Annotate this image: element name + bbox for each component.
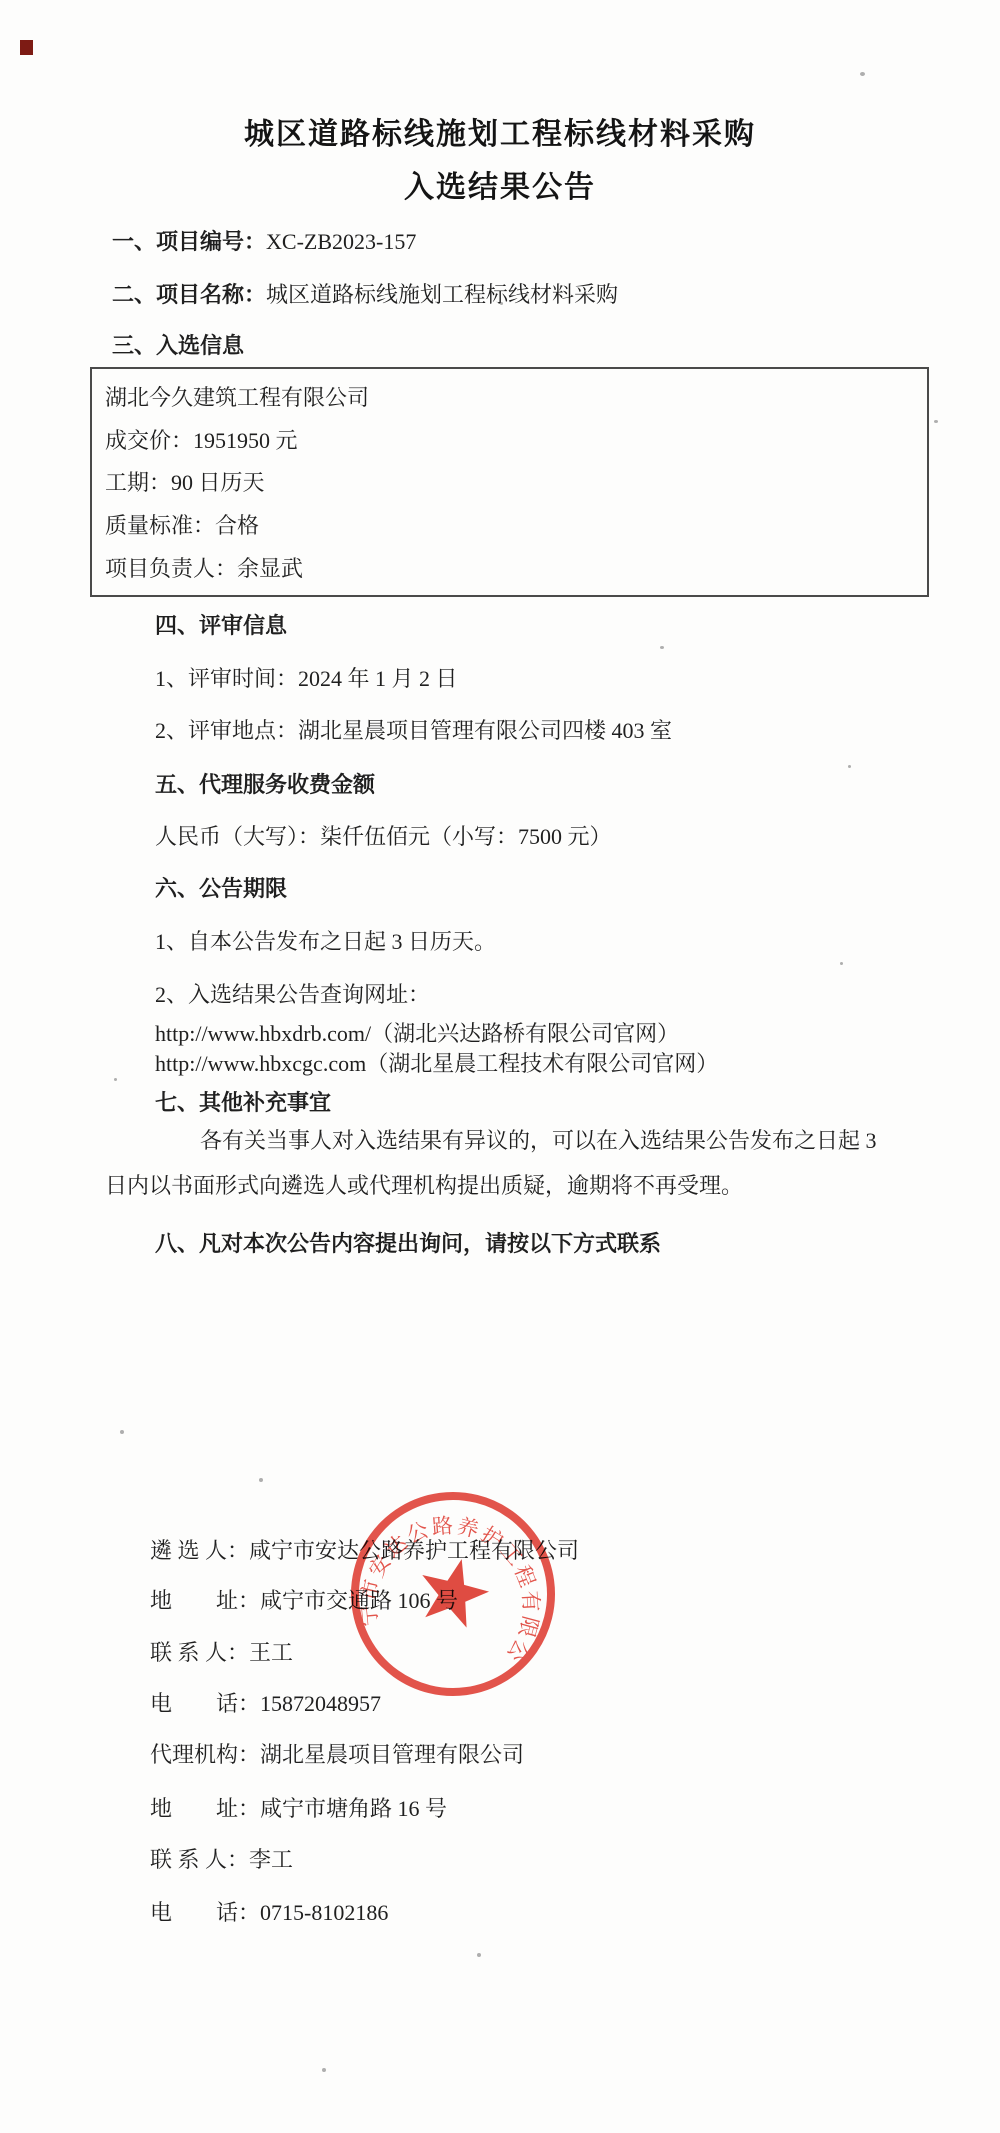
result-url-intro-line: 2、入选结果公告查询网址： (155, 980, 430, 1010)
section6-heading: 六、公告期限 (155, 874, 287, 904)
contact-selector-phone-label: 电 话： (150, 1687, 260, 1718)
scan-speck (120, 1430, 124, 1434)
table-row-quality: 质量标准：合格 (92, 509, 927, 540)
contact-selector-person-label: 联 系 人： (150, 1636, 249, 1667)
table-row-duration: 工期：90 日历天 (92, 466, 927, 497)
contact-selector-person-value: 王工 (249, 1640, 293, 1665)
contact-agency-value: 湖北星晨项目管理有限公司 (260, 1742, 524, 1767)
contact-agency-address-label: 地 址： (150, 1792, 260, 1823)
contact-selector-phone: 电 话：15872048957 (150, 1687, 381, 1718)
scan-red-mark (20, 40, 33, 55)
section1-label: 一、项目编号： (112, 229, 266, 254)
contact-selector-label: 遴 选 人： (150, 1534, 249, 1565)
notice-period-line: 1、自本公告发布之日起 3 日历天。 (155, 927, 496, 957)
scan-speck (660, 646, 664, 649)
contact-agency-address: 地 址：咸宁市塘角路 16 号 (150, 1792, 447, 1823)
contact-agency-address-value: 咸宁市塘角路 16 号 (260, 1796, 447, 1821)
section3-heading: 三、入选信息 (112, 331, 244, 361)
selection-info-table: 湖北今久建筑工程有限公司 成交价：1951950 元 工期：90 日历天 质量标… (90, 367, 929, 597)
result-url-2: http://www.hbxcgc.com（湖北星晨工程技术有限公司官网） (155, 1050, 718, 1078)
table-row-manager: 项目负责人：余显武 (92, 552, 927, 583)
page-title-line2: 入选结果公告 (0, 168, 1000, 208)
review-place-line: 2、评审地点：湖北星晨项目管理有限公司四楼 403 室 (155, 716, 672, 746)
scan-speck (114, 1078, 117, 1081)
objection-line-1: 各有关当事人对入选结果有异议的，可以在入选结果公告发布之日起 3 (200, 1126, 877, 1156)
agency-fee-line: 人民币（大写）：柒仟伍佰元（小写：7500 元） (155, 822, 612, 852)
section8-heading: 八、凡对本次公告内容提出询问，请按以下方式联系 (155, 1229, 661, 1259)
contact-agency-phone-label: 电 话： (150, 1896, 260, 1927)
seal-company-text: 咸宁市安达公路养护工程有限公司 (315, 1452, 575, 1669)
section1-line: 一、项目编号：XC-ZB2023-157 (112, 227, 416, 257)
contact-agency-person: 联 系 人：李工 (150, 1843, 293, 1874)
result-url-1: http://www.hbxdrb.com/（湖北兴达路桥有限公司官网） (155, 1020, 679, 1048)
page-title-line1: 城区道路标线施划工程标线材料采购 (0, 115, 1000, 155)
contact-agency: 代理机构：湖北星晨项目管理有限公司 (150, 1738, 524, 1769)
contact-selector-person: 联 系 人：王工 (150, 1636, 293, 1667)
section5-heading: 五、代理服务收费金额 (155, 770, 375, 800)
scan-speck (477, 1953, 481, 1957)
scanned-announcement-page: 城区道路标线施划工程标线材料采购 入选结果公告 一、项目编号：XC-ZB2023… (0, 0, 1000, 2133)
scan-speck (259, 1478, 263, 1482)
section2-label: 二、项目名称： (112, 282, 266, 307)
section4-heading: 四、评审信息 (155, 611, 287, 641)
scan-speck (840, 962, 843, 965)
scan-speck (848, 765, 851, 768)
section7-heading: 七、其他补充事宜 (155, 1088, 331, 1118)
objection-line-2: 日内以书面形式向遴选人或代理机构提出质疑，逾期将不再受理。 (105, 1171, 743, 1201)
table-row-price: 成交价：1951950 元 (92, 424, 927, 455)
contact-agency-person-label: 联 系 人： (150, 1843, 249, 1874)
section2-value: 城区道路标线施划工程标线材料采购 (266, 282, 618, 307)
svg-text:咸宁市安达公路养护工程有限公司: 咸宁市安达公路养护工程有限公司 (315, 1452, 575, 1669)
section1-value: XC-ZB2023-157 (266, 229, 416, 254)
contact-agency-phone-value: 0715-8102186 (260, 1900, 388, 1925)
scan-speck (934, 420, 938, 423)
contact-selector-phone-value: 15872048957 (260, 1691, 381, 1716)
contact-agency-phone: 电 话：0715-8102186 (150, 1896, 388, 1927)
review-time-line: 1、评审时间：2024 年 1 月 2 日 (155, 664, 458, 694)
scan-speck (322, 2068, 326, 2072)
seal-star-icon (413, 1551, 496, 1631)
section2-line: 二、项目名称：城区道路标线施划工程标线材料采购 (112, 280, 618, 310)
contact-selector-address-label: 地 址： (150, 1584, 260, 1615)
table-row-winner: 湖北今久建筑工程有限公司 (92, 381, 927, 412)
contact-agency-label: 代理机构： (150, 1738, 260, 1769)
contact-agency-person-value: 李工 (249, 1847, 293, 1872)
scan-speck (860, 72, 865, 76)
